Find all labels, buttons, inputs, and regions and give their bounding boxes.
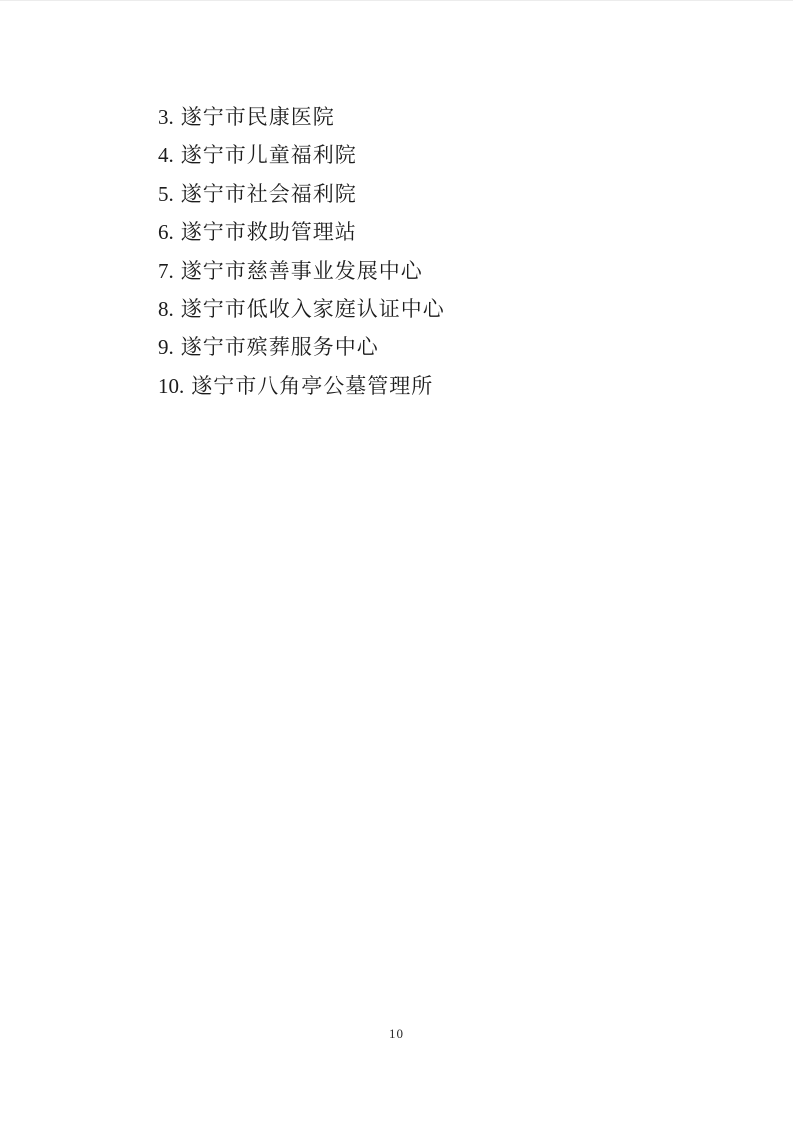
list-item-number: 4. — [158, 136, 174, 174]
list-item-number: 7. — [158, 252, 174, 290]
list-item-label: 遂宁市救助管理站 — [181, 220, 357, 244]
page-footer: 10 — [0, 1025, 793, 1043]
list-item-label: 遂宁市低收入家庭认证中心 — [181, 297, 445, 321]
list-item-label: 遂宁市儿童福利院 — [181, 143, 357, 167]
institution-list: 3.遂宁市民康医院 4.遂宁市儿童福利院 5.遂宁市社会福利院 6.遂宁市救助管… — [158, 98, 733, 405]
list-item-number: 6. — [158, 213, 174, 251]
list-item-number: 3. — [158, 98, 174, 136]
document-page: 3.遂宁市民康医院 4.遂宁市儿童福利院 5.遂宁市社会福利院 6.遂宁市救助管… — [0, 0, 793, 1123]
list-item-label: 遂宁市慈善事业发展中心 — [181, 259, 423, 283]
page-number: 10 — [389, 1026, 404, 1041]
list-item: 8.遂宁市低收入家庭认证中心 — [158, 290, 733, 328]
list-item-number: 9. — [158, 328, 174, 366]
list-item-number: 8. — [158, 290, 174, 328]
list-item: 6.遂宁市救助管理站 — [158, 213, 733, 251]
list-item: 10.遂宁市八角亭公墓管理所 — [158, 367, 733, 405]
list-item: 9.遂宁市殡葬服务中心 — [158, 328, 733, 366]
list-item-number: 5. — [158, 175, 174, 213]
list-item-number: 10. — [158, 367, 184, 405]
list-item: 3.遂宁市民康医院 — [158, 98, 733, 136]
list-item: 5.遂宁市社会福利院 — [158, 175, 733, 213]
list-item: 7.遂宁市慈善事业发展中心 — [158, 252, 733, 290]
list-item-label: 遂宁市殡葬服务中心 — [181, 335, 379, 359]
list-item-label: 遂宁市八角亭公墓管理所 — [191, 374, 433, 398]
list-item-label: 遂宁市民康医院 — [181, 105, 335, 129]
list-item-label: 遂宁市社会福利院 — [181, 182, 357, 206]
list-item: 4.遂宁市儿童福利院 — [158, 136, 733, 174]
